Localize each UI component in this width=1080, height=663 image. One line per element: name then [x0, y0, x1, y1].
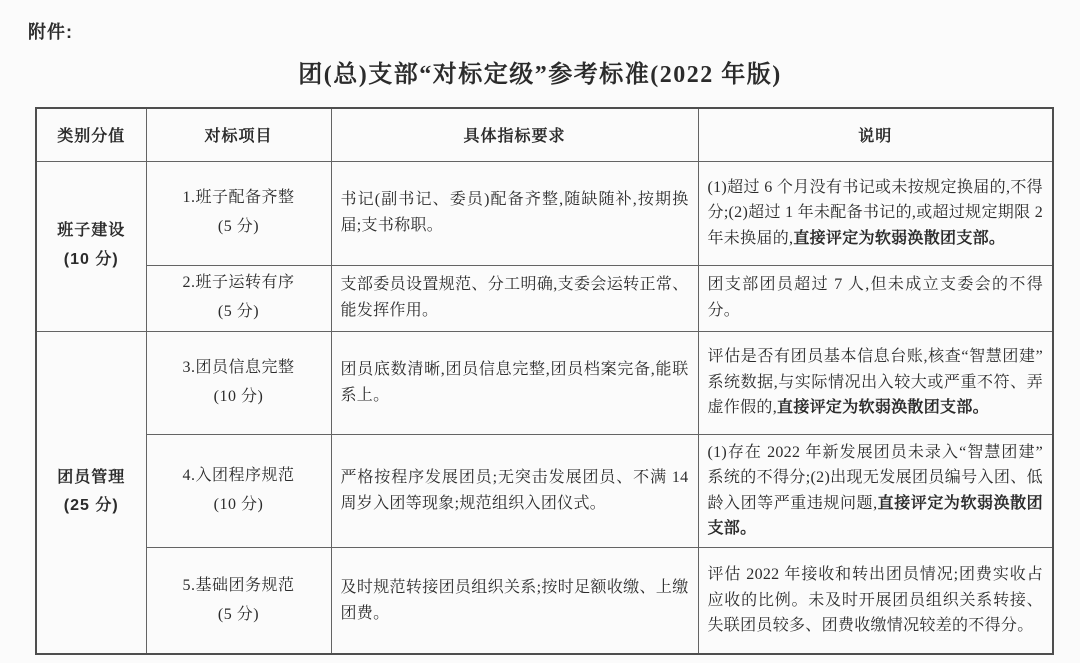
table-row: 4.入团程序规范 (10 分) 严格按程序发展团员;无突击发展团员、不满 14 … [36, 434, 1053, 547]
indicator-cell: 严格按程序发展团员;无突击发展团员、不满 14 周岁入团等现象;规范组织入团仪式… [331, 434, 698, 547]
explanation-cell: (1)超过 6 个月没有书记或未按规定换届的,不得分;(2)超过 1 年未配备书… [698, 161, 1053, 265]
document-page: 附件: 团(总)支部“对标定级”参考标准(2022 年版) 类别分值 对标项目 … [0, 0, 1080, 663]
item-score: (10 分) [147, 383, 331, 412]
table-row: 5.基础团务规范 (5 分) 及时规范转接团员组织关系;按时足额收缴、上缴团费。… [36, 547, 1053, 654]
indicator-cell: 书记(副书记、委员)配备齐整,随缺随补,按期换届;支书称职。 [331, 161, 698, 265]
header-explanation: 说明 [698, 108, 1053, 161]
item-score: (5 分) [147, 213, 331, 242]
header-category-score: 类别分值 [36, 108, 146, 161]
item-title: 1.班子配备齐整 [147, 184, 331, 213]
table-row: 2.班子运转有序 (5 分) 支部委员设置规范、分工明确,支委会运转正常、能发挥… [36, 265, 1053, 331]
item-score: (10 分) [147, 491, 331, 520]
item-cell: 5.基础团务规范 (5 分) [146, 547, 331, 654]
explanation-cell: 评估是否有团员基本信息台账,核查“智慧团建”系统数据,与实际情况出入较大或严重不… [698, 331, 1053, 434]
explanation-cell: 团支部团员超过 7 人,但未成立支委会的不得分。 [698, 265, 1053, 331]
table-row: 团员管理 (25 分) 3.团员信息完整 (10 分) 团员底数清晰,团员信息完… [36, 331, 1053, 434]
category-cell: 班子建设 (10 分) [36, 161, 146, 331]
item-title: 2.班子运转有序 [147, 269, 331, 298]
standards-table: 类别分值 对标项目 具体指标要求 说明 班子建设 (10 分) 1.班子配备齐整… [35, 107, 1054, 655]
item-cell: 2.班子运转有序 (5 分) [146, 265, 331, 331]
explanation-bold-text: 直接评定为软弱涣散团支部。 [793, 230, 1005, 247]
category-score: (10 分) [37, 246, 146, 275]
explanation-cell: 评估 2022 年接收和转出团员情况;团费实收占应收的比例。未及时开展团员组织关… [698, 547, 1053, 654]
explanation-cell: (1)存在 2022 年新发展团员未录入“智慧团建”系统的不得分;(2)出现无发… [698, 434, 1053, 547]
category-cell: 团员管理 (25 分) [36, 331, 146, 654]
item-score: (5 分) [147, 298, 331, 327]
indicator-cell: 支部委员设置规范、分工明确,支委会运转正常、能发挥作用。 [331, 265, 698, 331]
explanation-text: 团支部团员超过 7 人,但未成立支委会的不得分。 [708, 276, 1044, 319]
item-cell: 4.入团程序规范 (10 分) [146, 434, 331, 547]
item-title: 5.基础团务规范 [147, 572, 331, 601]
item-cell: 1.班子配备齐整 (5 分) [146, 161, 331, 265]
attachment-label: 附件: [28, 18, 73, 44]
item-title: 4.入团程序规范 [147, 462, 331, 491]
indicator-cell: 团员底数清晰,团员信息完整,团员档案完备,能联系上。 [331, 331, 698, 434]
table-row: 班子建设 (10 分) 1.班子配备齐整 (5 分) 书记(副书记、委员)配备齐… [36, 161, 1053, 265]
item-title: 3.团员信息完整 [147, 354, 331, 383]
category-score: (25 分) [37, 492, 146, 521]
category-name: 班子建设 [37, 217, 146, 246]
explanation-bold-text: 直接评定为软弱涣散团支部。 [777, 399, 989, 416]
table-header-row: 类别分值 对标项目 具体指标要求 说明 [36, 108, 1053, 161]
item-cell: 3.团员信息完整 (10 分) [146, 331, 331, 434]
indicator-cell: 及时规范转接团员组织关系;按时足额收缴、上缴团费。 [331, 547, 698, 654]
item-score: (5 分) [147, 601, 331, 630]
header-benchmark-item: 对标项目 [146, 108, 331, 161]
explanation-text: 评估 2022 年接收和转出团员情况;团费实收占应收的比例。未及时开展团员组织关… [708, 566, 1044, 634]
header-indicator-requirements: 具体指标要求 [331, 108, 698, 161]
page-title: 团(总)支部“对标定级”参考标准(2022 年版) [0, 54, 1080, 89]
category-name: 团员管理 [37, 464, 146, 493]
